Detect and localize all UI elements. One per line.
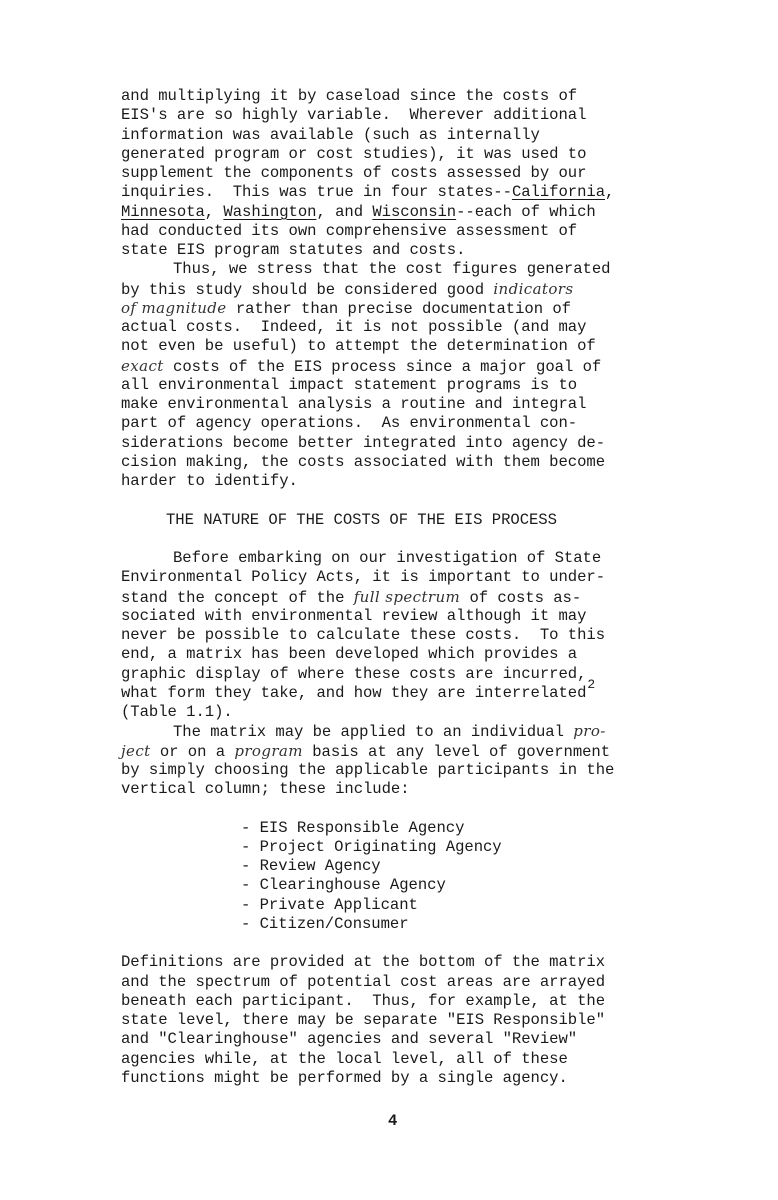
- italic-emphasis: ject: [121, 742, 151, 760]
- italic-emphasis: program: [234, 742, 303, 760]
- section-heading: THE NATURE OF THE COSTS OF THE EIS PROCE…: [121, 511, 721, 530]
- text-span: what form they take, and how they are in…: [121, 684, 586, 702]
- text-line: end, a matrix has been developed which p…: [121, 645, 721, 664]
- text-line: sociated with environmental review altho…: [121, 607, 721, 626]
- text-span: costs of the EIS process since a major g…: [164, 358, 601, 376]
- text-span: The matrix may be applied to an individu…: [173, 723, 573, 741]
- text-line: information was available (such as inter…: [121, 126, 721, 145]
- list-item: - Project Originating Agency: [121, 838, 721, 857]
- underlined-state-minnesota: Minnesota: [121, 203, 205, 221]
- text-line: and "Clearinghouse" agencies and several…: [121, 1030, 721, 1049]
- text-span: ,: [205, 203, 224, 221]
- text-line: graphic display of where these costs are…: [121, 665, 721, 684]
- list-item: - Citizen/Consumer: [121, 915, 721, 934]
- underlined-state-washington: Washington: [223, 203, 316, 221]
- text-line: of magnitude rather than precise documen…: [121, 299, 721, 318]
- text-span: --each of which: [456, 203, 596, 221]
- text-line: (Table 1.1).: [121, 703, 721, 722]
- text-line: beneath each participant. Thus, for exam…: [121, 992, 721, 1011]
- text-line: inquiries. This was true in four states-…: [121, 183, 721, 202]
- text-line: Before embarking on our investigation of…: [121, 549, 721, 568]
- underlined-state-wisconsin: Wisconsin: [372, 203, 456, 221]
- text-span: or on a: [151, 743, 235, 761]
- text-line: state level, there may be separate "EIS …: [121, 1011, 721, 1030]
- text-line: Definitions are provided at the bottom o…: [121, 953, 721, 972]
- paragraph-1: and multiplying it by caseload since the…: [121, 87, 721, 260]
- text-span: basis at any level of government: [303, 743, 610, 761]
- text-line: Thus, we stress that the cost figures ge…: [121, 260, 721, 279]
- list-item: - Private Applicant: [121, 896, 721, 915]
- text-line: functions might be performed by a single…: [121, 1069, 721, 1088]
- participants-list: - EIS Responsible Agency - Project Origi…: [121, 819, 721, 935]
- text-line: all environmental impact statement progr…: [121, 376, 721, 395]
- text-line: actual costs. Indeed, it is not possible…: [121, 318, 721, 337]
- text-line: and multiplying it by caseload since the…: [121, 87, 721, 106]
- text-line: agencies while, at the local level, all …: [121, 1050, 721, 1069]
- text-line: EIS's are so highly variable. Wherever a…: [121, 106, 721, 125]
- italic-emphasis: exact: [121, 357, 164, 375]
- page-number: 4: [388, 1112, 397, 1130]
- list-item: - Clearinghouse Agency: [121, 876, 721, 895]
- text-span: inquiries. This was true in four states-…: [121, 183, 512, 201]
- text-span: by this study should be considered good: [121, 281, 493, 299]
- paragraph-5: Definitions are provided at the bottom o…: [121, 953, 721, 1088]
- text-span: stand the concept of the: [121, 589, 354, 607]
- spacer: [121, 491, 721, 510]
- text-line: what form they take, and how they are in…: [121, 684, 721, 703]
- italic-emphasis: pro-: [573, 722, 605, 740]
- text-span: ,: [605, 183, 614, 201]
- list-item: - EIS Responsible Agency: [121, 819, 721, 838]
- text-span: of costs as-: [460, 589, 581, 607]
- text-line: Minnesota, Washington, and Wisconsin--ea…: [121, 203, 721, 222]
- text-span: rather than precise documentation of: [227, 300, 571, 318]
- text-line: generated program or cost studies), it w…: [121, 145, 721, 164]
- document-page: and multiplying it by caseload since the…: [121, 87, 721, 1088]
- text-line: by this study should be considered good …: [121, 280, 721, 299]
- paragraph-2: Thus, we stress that the cost figures ge…: [121, 260, 721, 491]
- text-line: had conducted its own comprehensive asse…: [121, 222, 721, 241]
- text-line: supplement the components of costs asses…: [121, 164, 721, 183]
- italic-emphasis: full spectrum: [354, 588, 460, 606]
- italic-emphasis: indicators: [493, 280, 573, 298]
- spacer: [121, 799, 721, 818]
- underlined-state-california: California: [512, 183, 605, 201]
- italic-emphasis: of magnitude: [121, 299, 227, 317]
- text-line: cision making, the costs associated with…: [121, 453, 721, 472]
- spacer: [121, 934, 721, 953]
- text-line: by simply choosing the applicable partic…: [121, 761, 721, 780]
- text-span: , and: [316, 203, 372, 221]
- text-line: and the spectrum of potential cost areas…: [121, 973, 721, 992]
- text-line: part of agency operations. As environmen…: [121, 414, 721, 433]
- text-line: state EIS program statutes and costs.: [121, 241, 721, 260]
- text-line: harder to identify.: [121, 472, 721, 491]
- text-line: The matrix may be applied to an individu…: [121, 722, 721, 741]
- text-line: stand the concept of the full spectrum o…: [121, 588, 721, 607]
- footnote-reference: 2: [587, 677, 595, 692]
- text-line: siderations become better integrated int…: [121, 434, 721, 453]
- spacer: [121, 530, 721, 549]
- text-line: Environmental Policy Acts, it is importa…: [121, 568, 721, 587]
- text-line: not even be useful) to attempt the deter…: [121, 337, 721, 356]
- text-line: vertical column; these include:: [121, 780, 721, 799]
- text-line: exact costs of the EIS process since a m…: [121, 357, 721, 376]
- text-line: make environmental analysis a routine an…: [121, 395, 721, 414]
- paragraph-3: Before embarking on our investigation of…: [121, 549, 721, 722]
- text-line: never be possible to calculate these cos…: [121, 626, 721, 645]
- text-line: ject or on a program basis at any level …: [121, 742, 721, 761]
- list-item: - Review Agency: [121, 857, 721, 876]
- paragraph-4: The matrix may be applied to an individu…: [121, 722, 721, 799]
